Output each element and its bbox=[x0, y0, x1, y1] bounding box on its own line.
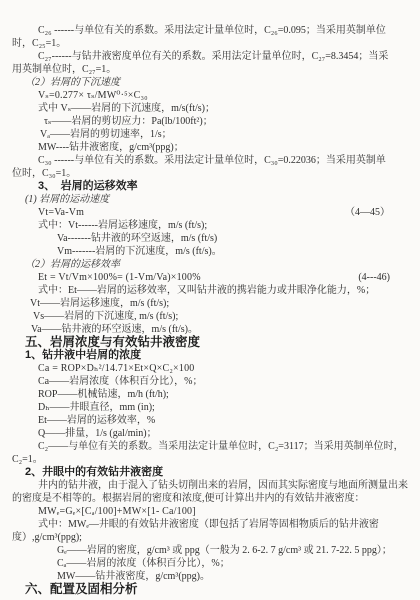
line-text: 的密度是不相等的。根据岩屑的密度和浓度,便可计算出井内的有效钻井液密度： bbox=[12, 492, 365, 505]
line-text: Va-------钻井液的环空返速，m/s (ft/s) bbox=[57, 232, 217, 245]
line-text: Vt=Va-Vm bbox=[38, 206, 84, 219]
line-text: MWₑ=Gₑ×[Cₐ/100]+MW×[1- Ca/100] bbox=[38, 505, 196, 518]
text-line: Vt=Va-Vm（4—45） bbox=[0, 206, 420, 219]
text-line: 的密度是不相等的。根据岩屑的密度和浓度,便可计算出井内的有效钻井液密度： bbox=[0, 492, 420, 505]
text-line: Dₕ——井眼直径，mm (in); bbox=[0, 401, 420, 414]
text-line: 六、配置及固相分析 bbox=[0, 583, 420, 596]
line-text: Gₑ——岩屑的密度，g/cm³ 或 ppg（一般为 2. 6-2. 7 g/cm… bbox=[57, 544, 392, 557]
text-line: Vₛ=0.277× τₛ/MW⁰·⁵×C₃₀ bbox=[0, 89, 420, 102]
text-line: 式中：Et——岩屑的运移效率，又叫钻井液的携岩能力或井眼净化能力，%； bbox=[0, 284, 420, 297]
text-line: C₃₀ ------与单位有关的系数。采用法定计量单位时，C₃₀=0.22036… bbox=[0, 154, 420, 167]
text-line: （2）岩屑的运移效率 bbox=[0, 258, 420, 271]
document-page: C₂₆ ------与单位有关的系数。采用法定计量单位时，C₂₆=0.095；当… bbox=[0, 0, 420, 600]
text-line: ROP——机械钻速，m/h (ft/h); bbox=[0, 388, 420, 401]
text-line: 3、 岩屑的运移效率 bbox=[0, 180, 420, 193]
text-line: 1、钻井液中岩屑的浓度 bbox=[0, 349, 420, 362]
text-line: （2）岩屑的下沉速度 bbox=[0, 76, 420, 89]
document-lines: C₂₆ ------与单位有关的系数。采用法定计量单位时，C₂₆=0.095；当… bbox=[0, 24, 420, 596]
text-line: MW----钻井液密度，g/cm³(ppg)； bbox=[0, 141, 420, 154]
line-text: 时，C₂₅=1。 bbox=[12, 37, 66, 50]
line-text: C₂——与单位有关的系数。当采用法定计量单位时，C₂=3117；当采用英制单位时… bbox=[38, 440, 404, 453]
line-text: 式中：MWₑ—井眼的有效钻井液密度（即包括了岩屑等固相物质后的钻井液密 bbox=[38, 518, 379, 531]
line-text: Dₕ——井眼直径，mm (in); bbox=[38, 401, 155, 414]
line-text: Vₛ=0.277× τₛ/MW⁰·⁵×C₃₀ bbox=[38, 89, 148, 102]
line-text: 度）,g/cm³(ppg); bbox=[12, 531, 82, 544]
text-line: Vₐ——岩屑的剪切速率，1/s； bbox=[0, 128, 420, 141]
text-line: 时，C₂₅=1。 bbox=[0, 37, 420, 50]
line-text: Cₐ——岩屑的浓度（体积百分比），%； bbox=[57, 557, 230, 570]
line-text: Et = Vt/Vm×100%= (1-Vm/Va)×100% bbox=[38, 271, 201, 284]
line-text: MW----钻井液密度，g/cm³(ppg)； bbox=[38, 141, 184, 154]
text-line: C₂=1。 bbox=[0, 453, 420, 466]
text-line: 五、岩屑浓度与有效钻井液密度 bbox=[0, 336, 420, 349]
text-line: Q——排量，1/s (gal/min)； bbox=[0, 427, 420, 440]
line-text: 3、 岩屑的运移效率 bbox=[38, 180, 138, 193]
line-text: 五、岩屑浓度与有效钻井液密度 bbox=[25, 336, 200, 349]
line-text: C₂=1。 bbox=[12, 453, 43, 466]
text-line: Va-------钻井液的环空返速，m/s (ft/s) bbox=[0, 232, 420, 245]
line-text: (1) 岩屑的运动速度 bbox=[25, 193, 109, 206]
text-line: (1) 岩屑的运动速度 bbox=[0, 193, 420, 206]
line-text: Vm-------岩屑的下沉速度，m/s (ft/s)。 bbox=[57, 245, 222, 258]
text-line: Vs——岩屑的下沉速度, m/s (ft/s); bbox=[0, 310, 420, 323]
text-line: 用英制单位时，C₂₇=1。 bbox=[0, 63, 420, 76]
line-text: 1、钻井液中岩屑的浓度 bbox=[25, 349, 141, 362]
text-line: Vt——岩屑运移速度，m/s (ft/s); bbox=[0, 297, 420, 310]
text-line: 式中：MWₑ—井眼的有效钻井液密度（即包括了岩屑等固相物质后的钻井液密 bbox=[0, 518, 420, 531]
line-text: （2）岩屑的运移效率 bbox=[25, 258, 120, 271]
text-line: 式中 Vₛ——岩屑的下沉速度，m/s(ft/s)； bbox=[0, 102, 420, 115]
line-text: 式中：Vt------岩屑运移速度，m/s (ft/s); bbox=[38, 219, 207, 232]
line-text: C₂₇------与钻井液密度单位有关的系数。采用法定计量单位时，C₂₇=8.3… bbox=[38, 50, 388, 63]
text-line: Et = Vt/Vm×100%= (1-Vm/Va)×100%(4---46) bbox=[0, 271, 420, 284]
line-text: Et——岩屑的运移效率，% bbox=[38, 414, 155, 427]
line-text: 式中 Vₛ——岩屑的下沉速度，m/s(ft/s)； bbox=[38, 102, 215, 115]
line-text: 式中：Et——岩屑的运移效率，又叫钻井液的携岩能力或井眼净化能力，%； bbox=[38, 284, 375, 297]
text-line: Ca——岩屑浓度（体积百分比），%； bbox=[0, 375, 420, 388]
line-text: 2、井眼中的有效钻井液密度 bbox=[25, 466, 163, 479]
line-text: Ca——岩屑浓度（体积百分比），%； bbox=[38, 375, 202, 388]
line-text: Ca = ROP×Dₕ²/14.71×Et×Q×C₂×100 bbox=[38, 362, 195, 375]
text-line: C₂₇------与钻井液密度单位有关的系数。采用法定计量单位时，C₂₇=8.3… bbox=[0, 50, 420, 63]
text-line: C₂₆ ------与单位有关的系数。采用法定计量单位时，C₂₆=0.095；当… bbox=[0, 24, 420, 37]
line-text: Vₐ——岩屑的剪切速率，1/s； bbox=[40, 128, 172, 141]
line-text: 位时，C₃₀=1。 bbox=[12, 167, 76, 180]
text-line: C₂——与单位有关的系数。当采用法定计量单位时，C₂=3117；当采用英制单位时… bbox=[0, 440, 420, 453]
text-line: Et——岩屑的运移效率，% bbox=[0, 414, 420, 427]
text-line: Ca = ROP×Dₕ²/14.71×Et×Q×C₂×100 bbox=[0, 362, 420, 375]
text-line: MWₑ=Gₑ×[Cₐ/100]+MW×[1- Ca/100] bbox=[0, 505, 420, 518]
line-text: （2）岩屑的下沉速度 bbox=[25, 76, 120, 89]
line-text: ROP——机械钻速，m/h (ft/h); bbox=[38, 388, 169, 401]
line-text: Vt——岩屑运移速度，m/s (ft/s); bbox=[30, 297, 169, 310]
line-text: C₂₆ ------与单位有关的系数。采用法定计量单位时，C₂₆=0.095；当… bbox=[38, 24, 386, 37]
text-line: 井内的钻井液，由于混入了钻头切削出来的岩屑，因而其实际密度与地面所测量出来 bbox=[0, 479, 420, 492]
line-text: C₃₀ ------与单位有关的系数。采用法定计量单位时，C₃₀=0.22036… bbox=[38, 154, 386, 167]
line-text: τₛ——岩屑的剪切应力：Pa(lb/100ft²)； bbox=[44, 115, 213, 128]
text-line: 度）,g/cm³(ppg); bbox=[0, 531, 420, 544]
equation-number: （4—45） bbox=[345, 206, 390, 219]
line-text: 井内的钻井液，由于混入了钻头切削出来的岩屑，因而其实际密度与地面所测量出来 bbox=[38, 479, 408, 492]
text-line: 位时，C₃₀=1。 bbox=[0, 167, 420, 180]
text-line: Vm-------岩屑的下沉速度，m/s (ft/s)。 bbox=[0, 245, 420, 258]
text-line: 式中：Vt------岩屑运移速度，m/s (ft/s); bbox=[0, 219, 420, 232]
line-text: 六、配置及固相分析 bbox=[25, 583, 138, 596]
text-line: 2、井眼中的有效钻井液密度 bbox=[0, 466, 420, 479]
line-text: 用英制单位时，C₂₇=1。 bbox=[12, 63, 116, 76]
line-text: Vs——岩屑的下沉速度, m/s (ft/s); bbox=[33, 310, 178, 323]
text-line: Gₑ——岩屑的密度，g/cm³ 或 ppg（一般为 2. 6-2. 7 g/cm… bbox=[0, 544, 420, 557]
equation-number: (4---46) bbox=[358, 271, 390, 284]
text-line: Cₐ——岩屑的浓度（体积百分比），%； bbox=[0, 557, 420, 570]
text-line: τₛ——岩屑的剪切应力：Pa(lb/100ft²)； bbox=[0, 115, 420, 128]
line-text: Q——排量，1/s (gal/min)； bbox=[38, 427, 157, 440]
